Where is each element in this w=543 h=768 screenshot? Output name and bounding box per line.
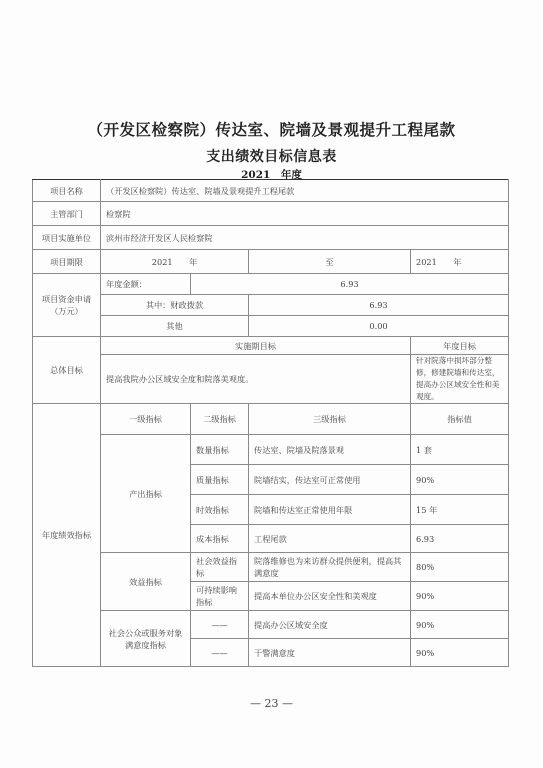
overall-goal-label: 总体目标 xyxy=(33,337,101,404)
document-page: （开发区检察院）传达室、院墙及景观提升工程尾款 支出绩效目标信息表 2021 年… xyxy=(0,0,543,768)
indicator-level3: 干警满意度 xyxy=(249,639,411,667)
annual-goal-header: 年度目标 xyxy=(411,337,509,355)
indicator-level2: 时效指标 xyxy=(191,495,249,525)
annual-goal-text: 针对院落中损坏部分整修，修建院墙和传达室，提高办公区域安全性和美观度。 xyxy=(411,355,509,404)
fiscal-allocation-label: 其中：财政拨款 xyxy=(101,295,249,316)
indicators-label: 年度绩效指标 xyxy=(33,404,101,667)
indicator-level2: 可持续影响指标 xyxy=(191,582,249,611)
indicator-level3: 提高办公区域安全度 xyxy=(249,611,411,639)
header-level2: 二级指标 xyxy=(191,404,249,435)
indicator-level3: 传达室、院墙及院落景观 xyxy=(249,435,411,465)
project-name-label: 项目名称 xyxy=(33,180,101,202)
benefit-indicators-label: 效益指标 xyxy=(101,553,191,611)
annual-amount-label: 年度金额： xyxy=(101,274,191,295)
indicator-level2: 成本指标 xyxy=(191,525,249,553)
indicator-level3: 院墙和传达室正常使用年限 xyxy=(249,495,411,525)
dept-value: 检察院 xyxy=(101,202,509,226)
performance-goal-table: 项目名称 （开发区检察院）传达室、院墙及景观提升工程尾款 主管部门 检察院 项目… xyxy=(32,179,509,667)
indicator-value: 1 套 xyxy=(411,435,509,465)
dept-label: 主管部门 xyxy=(33,202,101,226)
impl-goal-header: 实施期目标 xyxy=(101,337,411,355)
unit-label: 项目实施单位 xyxy=(33,226,101,250)
indicator-level3: 院落维修也为来访群众提供便利，提高其满意度 xyxy=(249,553,411,582)
indicator-level3: 工程尾款 xyxy=(249,525,411,553)
indicator-level2: 质量指标 xyxy=(191,465,249,495)
unit-value: 滨州市经济开发区人民检察院 xyxy=(101,226,509,250)
document-title: （开发区检察院）传达室、院墙及景观提升工程尾款 xyxy=(0,118,543,140)
indicator-level2: —— xyxy=(191,611,249,639)
project-name-value: （开发区检察院）传达室、院墙及景观提升工程尾款 xyxy=(101,180,509,202)
impl-goal-text: 提高我院办公区域安全度和院落美观度。 xyxy=(101,355,411,404)
period-end: 2021 年 xyxy=(411,250,509,274)
indicator-level3: 院墙结实，传达室可正常使用 xyxy=(249,465,411,495)
indicator-value: 90% xyxy=(411,582,509,611)
indicator-level2: —— xyxy=(191,639,249,667)
indicator-level3: 提高本单位办公区安全性和美观度 xyxy=(249,582,411,611)
indicator-level2: 数量指标 xyxy=(191,435,249,465)
indicator-value: 90% xyxy=(411,611,509,639)
indicator-value: 80% xyxy=(411,553,509,582)
other-funding-label: 其他 xyxy=(101,316,249,337)
indicator-value: 90% xyxy=(411,465,509,495)
period-start: 2021 年 xyxy=(101,250,249,274)
indicator-value: 6.93 xyxy=(411,525,509,553)
indicator-level2: 社会效益指标 xyxy=(191,553,249,582)
funding-label: 项目资金申请（万元） xyxy=(33,274,101,337)
header-level1: 一级指标 xyxy=(101,404,191,435)
indicator-value: 15 年 xyxy=(411,495,509,525)
document-subtitle: 支出绩效目标信息表 xyxy=(0,146,543,166)
period-to: 至 xyxy=(249,250,411,274)
output-indicators-label: 产出指标 xyxy=(101,435,191,553)
page-number: — 23 — xyxy=(0,697,543,710)
header-value: 指标值 xyxy=(411,404,509,435)
fiscal-allocation-value: 6.93 xyxy=(249,295,509,316)
annual-amount-value: 6.93 xyxy=(191,274,509,295)
other-funding-value: 0.00 xyxy=(249,316,509,337)
indicator-value: 90% xyxy=(411,639,509,667)
header-level3: 三级指标 xyxy=(249,404,411,435)
period-label: 项目期限 xyxy=(33,250,101,274)
satisfaction-indicators-label: 社会公众或服务对象满意度指标 xyxy=(101,611,191,667)
